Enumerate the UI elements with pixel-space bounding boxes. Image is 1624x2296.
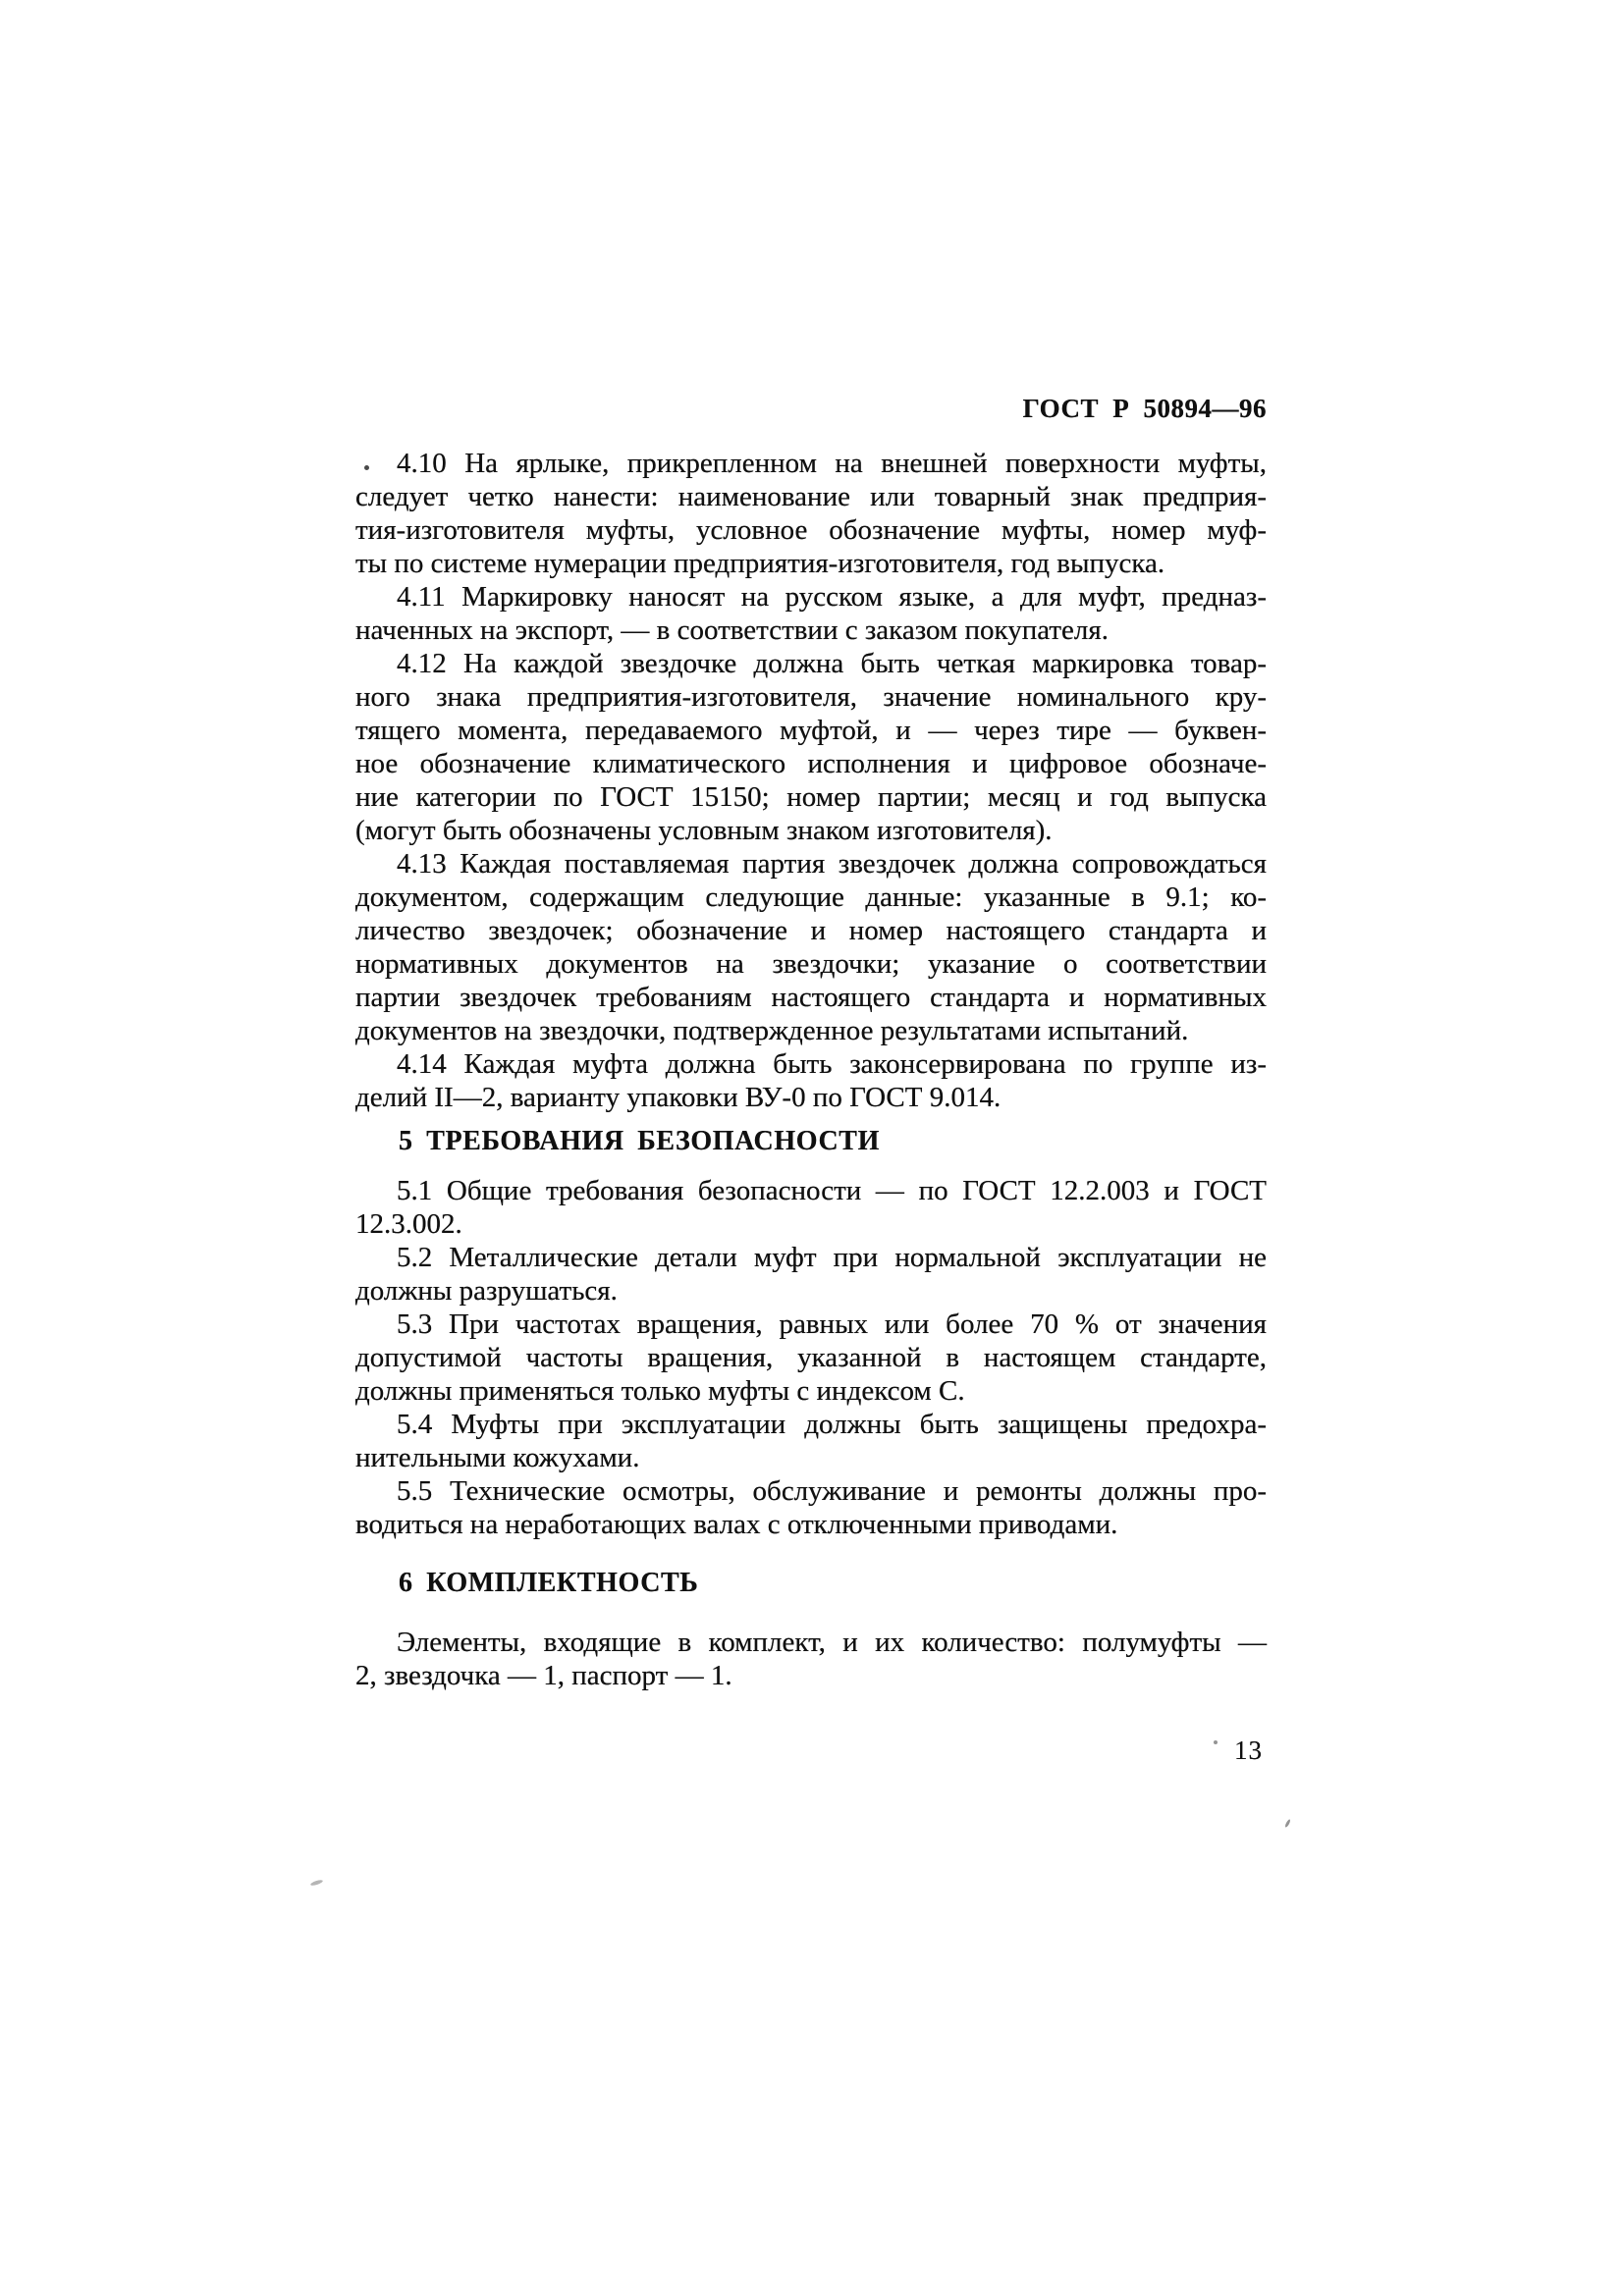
text-line: Элементы, входящие в комплект, и их коли… <box>355 1626 1267 1659</box>
text-line: документом, содержащим следующие данные:… <box>355 881 1267 914</box>
section-heading: 5 ТРЕБОВАНИЯ БЕЗОПАСНОСТИ <box>355 1125 1267 1158</box>
section-heading: 6 КОМПЛЕКТНОСТЬ <box>355 1567 1267 1600</box>
paragraph: 5.3 При частотах вращения, равных или бо… <box>355 1308 1267 1408</box>
text-line: водиться на неработающих валах с отключе… <box>355 1508 1267 1541</box>
text-line: 5.2 Металлические детали муфт при нормал… <box>355 1241 1267 1274</box>
text-line: 4.12 На каждой звездочке должна быть чет… <box>355 647 1267 680</box>
scan-mark-bottom-right <box>1284 1819 1291 1828</box>
text-line: допустимой частоты вращения, указанной в… <box>355 1341 1267 1374</box>
text-line: ное обозначение климатического исполнени… <box>355 747 1267 780</box>
text-line: должны применяться только муфты с индекс… <box>355 1374 1267 1408</box>
text-line: 2, звездочка — 1, паспорт — 1. <box>355 1659 1267 1692</box>
paragraph: Элементы, входящие в комплект, и их коли… <box>355 1626 1267 1692</box>
text-line: партии звездочек требованиям настоящего … <box>355 981 1267 1014</box>
text-line: нительными кожухами. <box>355 1441 1267 1474</box>
text-line: ние категории по ГОСТ 15150; номер парти… <box>355 780 1267 814</box>
paragraph: 4.10 На ярлыке, прикрепленном на внешней… <box>355 447 1267 580</box>
text-line: делий II—2, варианту упаковки ВУ-0 по ГО… <box>355 1081 1267 1114</box>
text-line: наченных на экспорт, — в соответствии с … <box>355 614 1267 647</box>
text-line: тящего момента, передаваемого муфтой, и … <box>355 714 1267 747</box>
paragraph: 4.13 Каждая поставляемая партия звездоче… <box>355 847 1267 1047</box>
text-line: 5.4 Муфты при эксплуатации должны быть з… <box>355 1408 1267 1441</box>
paragraph: 5.4 Муфты при эксплуатации должны быть з… <box>355 1408 1267 1474</box>
text-line: 5.3 При частотах вращения, равных или бо… <box>355 1308 1267 1341</box>
text-line: (могут быть обозначены условным знаком и… <box>355 814 1267 847</box>
scan-dot-before-pagenumber <box>1214 1740 1218 1744</box>
scan-dot-before-410 <box>364 465 369 470</box>
text-line: 4.11 Маркировку наносят на русском языке… <box>355 580 1267 614</box>
text-line: ты по системе нумерации предприятия-изго… <box>355 547 1267 580</box>
text-line: ного знака предприятия-изготовителя, зна… <box>355 680 1267 714</box>
running-header: ГОСТ Р 50894—96 <box>355 394 1267 424</box>
text-line: личество звездочек; обозначение и номер … <box>355 914 1267 947</box>
text-line: 4.13 Каждая поставляемая партия звездоче… <box>355 847 1267 881</box>
paragraph: 5.5 Технические осмотры, обслуживание и … <box>355 1474 1267 1541</box>
paragraph: 5.2 Металлические детали муфт при нормал… <box>355 1241 1267 1308</box>
text-line: 5.5 Технические осмотры, обслуживание и … <box>355 1474 1267 1508</box>
text-line: 4.10 На ярлыке, прикрепленном на внешней… <box>355 447 1267 480</box>
text-line: 12.3.002. <box>355 1207 1267 1241</box>
text-line: должны разрушаться. <box>355 1274 1267 1308</box>
text-line: нормативных документов на звездочки; ука… <box>355 947 1267 981</box>
text-line: следует четко нанести: наименование или … <box>355 480 1267 513</box>
text-line: документов на звездочки, подтвержденное … <box>355 1014 1267 1047</box>
paragraph: 5.1 Общие требования безопасности — по Г… <box>355 1174 1267 1241</box>
paragraph: 4.12 На каждой звездочке должна быть чет… <box>355 647 1267 847</box>
paragraph: 4.14 Каждая муфта должна быть законсерви… <box>355 1047 1267 1114</box>
paragraph: 4.11 Маркировку наносят на русском языке… <box>355 580 1267 647</box>
scan-mark-bottom-left <box>310 1879 324 1887</box>
page-number: 13 <box>1234 1735 1263 1766</box>
text-line: 4.14 Каждая муфта должна быть законсерви… <box>355 1047 1267 1081</box>
text-column: 4.10 На ярлыке, прикрепленном на внешней… <box>355 447 1267 1692</box>
text-line: 5.1 Общие требования безопасности — по Г… <box>355 1174 1267 1207</box>
text-line: тия-изготовителя муфты, условное обознач… <box>355 513 1267 547</box>
document-page: ГОСТ Р 50894—96 4.10 На ярлыке, прикрепл… <box>0 0 1624 2296</box>
